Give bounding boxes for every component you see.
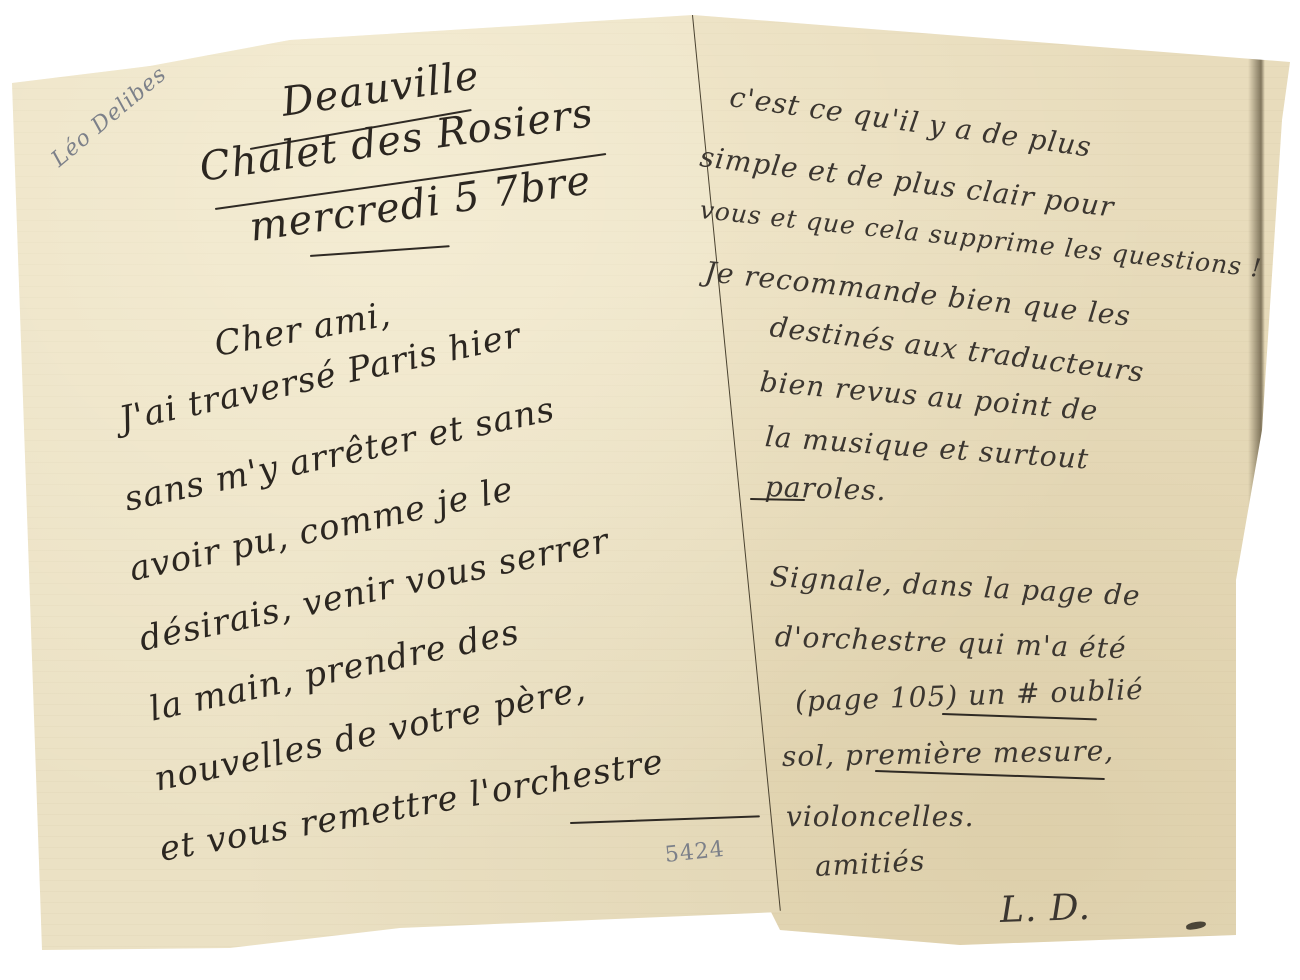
right-line-13: violoncelles. [786, 800, 974, 833]
right-line-12: sol, première mesure, [782, 734, 1115, 773]
signature: L. D. [999, 887, 1091, 931]
closing-amities: amitiés [814, 844, 926, 883]
right-line-8: paroles. [764, 470, 887, 507]
